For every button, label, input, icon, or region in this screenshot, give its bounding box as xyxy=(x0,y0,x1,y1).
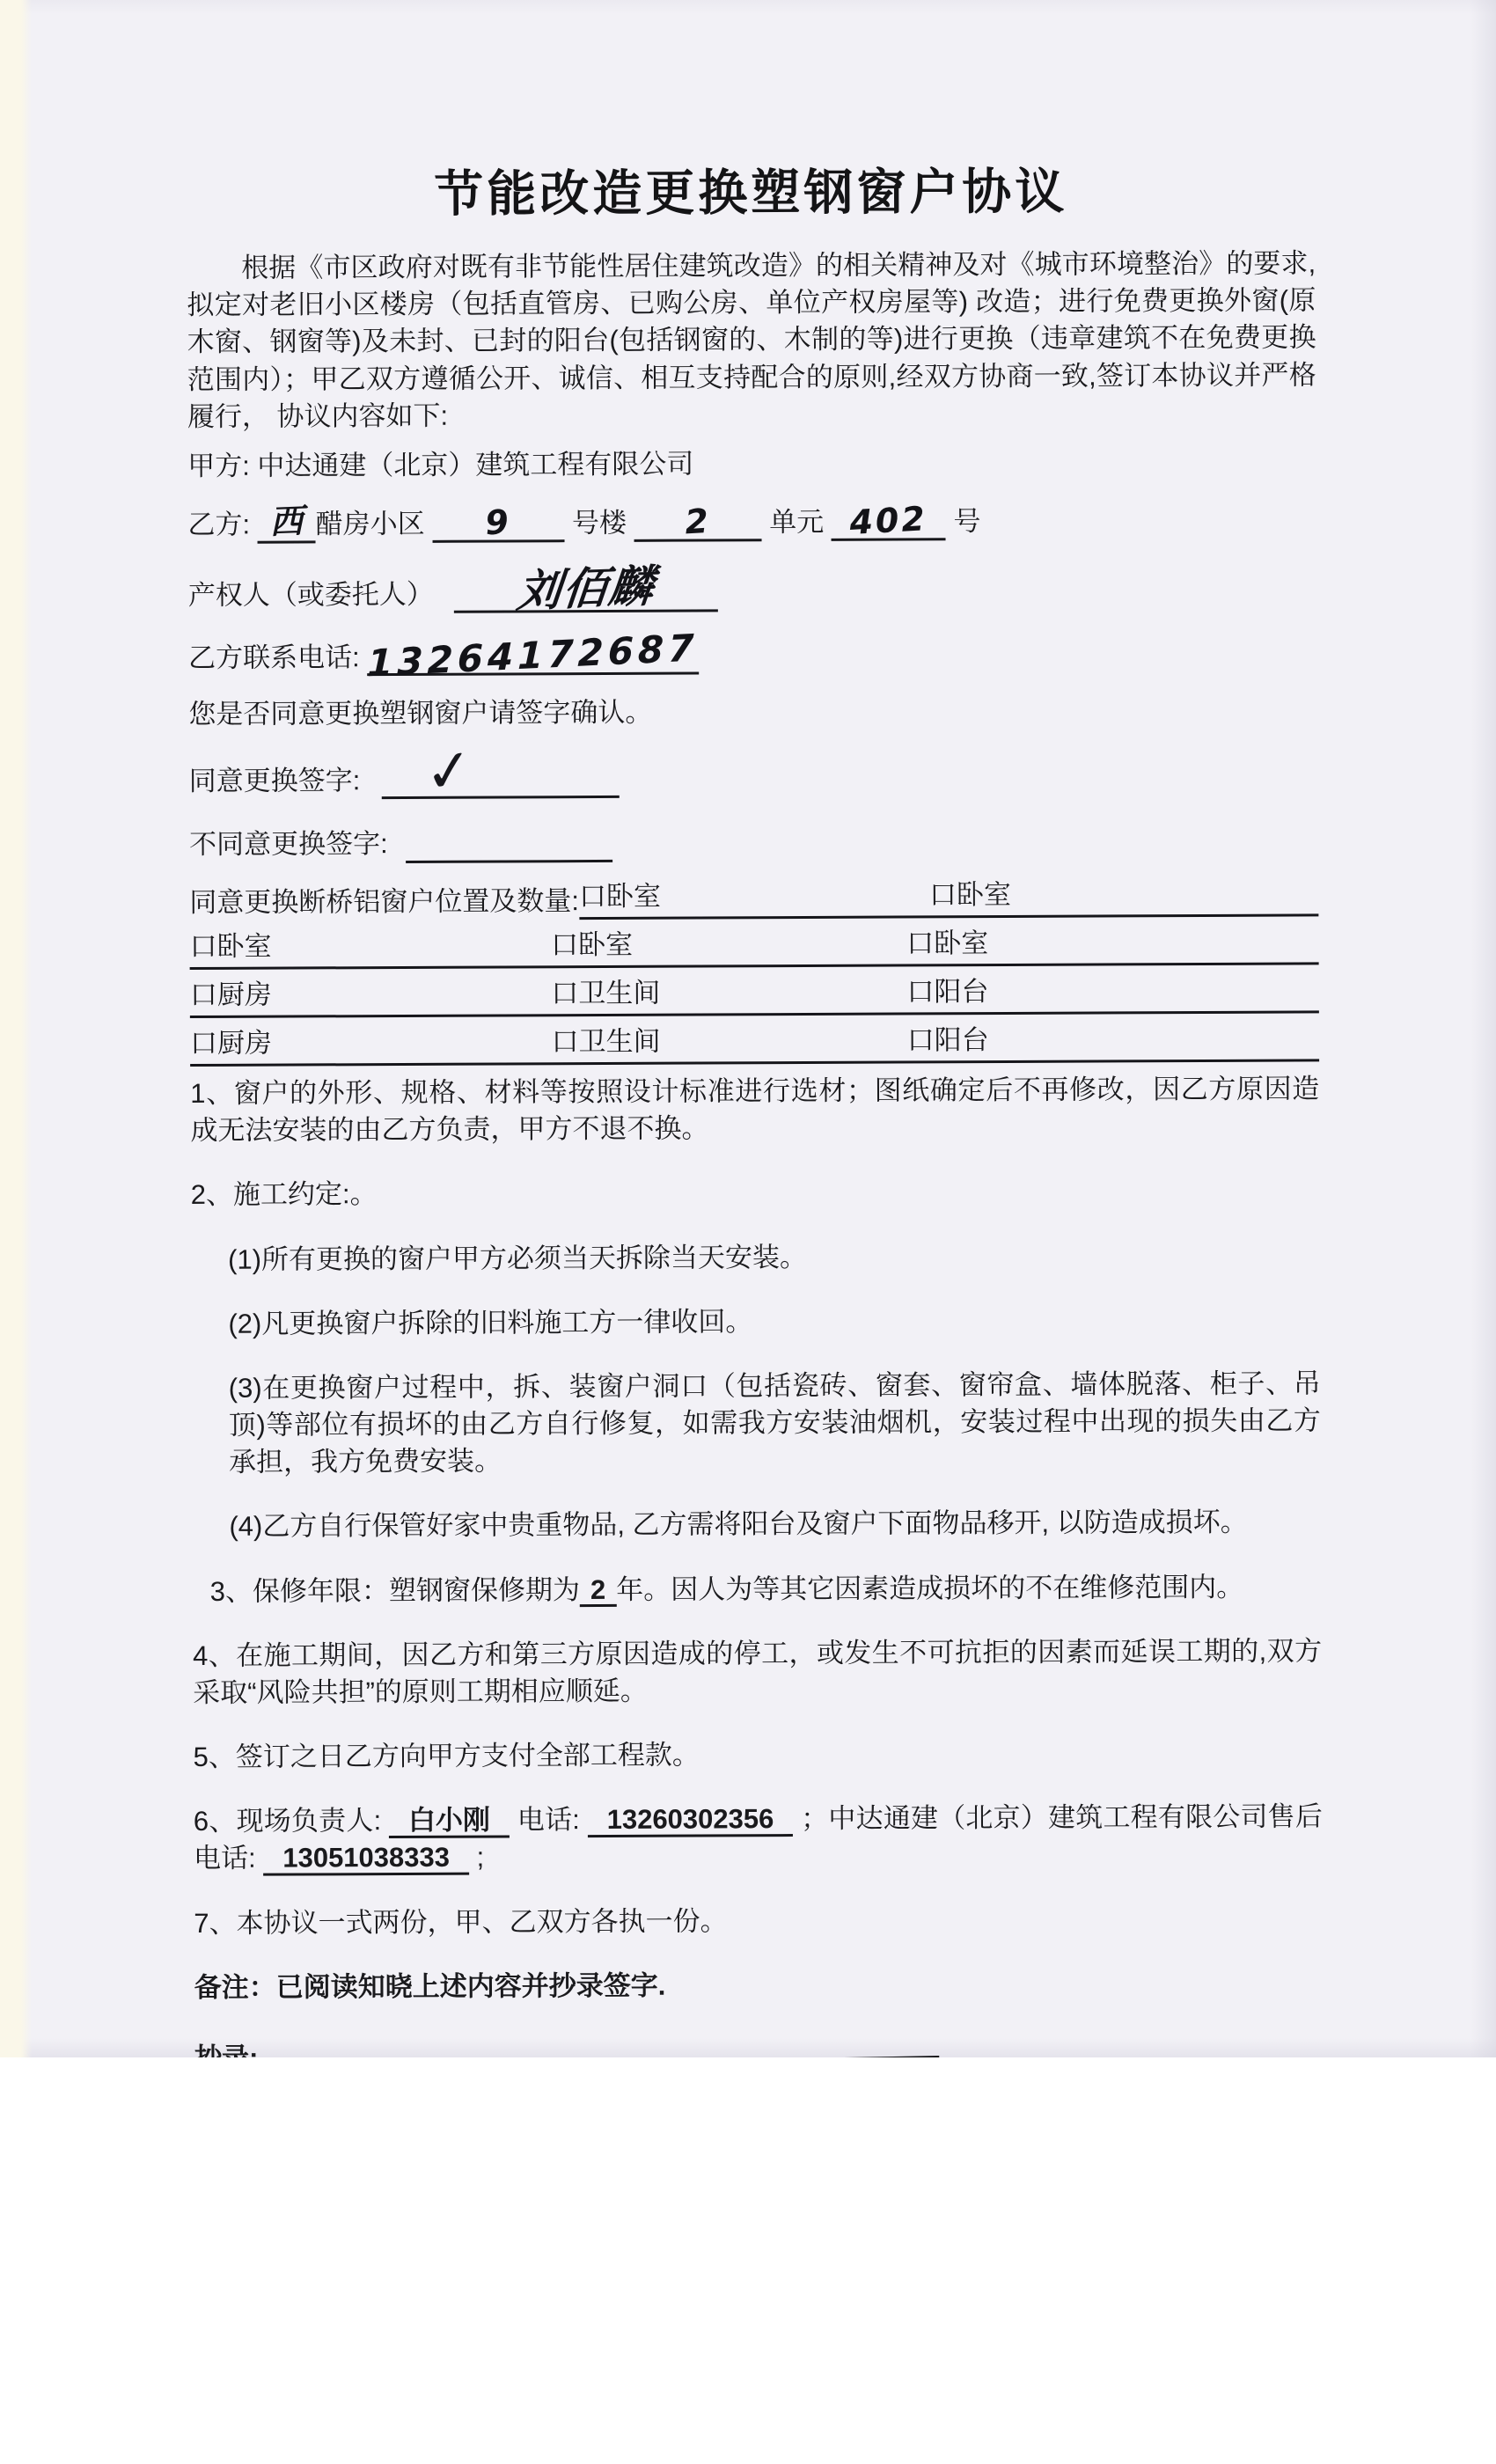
clause-2-item-4: (4)乙方自行保管好家中贵重物品, 乙方需将阳台及窗户下面物品移开, 以防造成损… xyxy=(192,1504,1321,1546)
community-name: 醋房小区 xyxy=(316,509,425,540)
transcribe-line: 抄录: xyxy=(194,2028,1324,2057)
agree-label: 同意更换签字: xyxy=(189,765,361,796)
clause-6: 6、现场负责人: 白小刚 电话: 13260302356 ；中达通建（北京）建筑… xyxy=(194,1799,1323,1878)
clause-6-prefix: 6、现场负责人: xyxy=(194,1805,381,1837)
locations-label: 同意更换断桥铝窗户位置及数量: xyxy=(189,883,579,921)
phone-line: 乙方联系电话: 13264172687 xyxy=(188,628,1317,677)
clause-6-tel-label: 电话: xyxy=(517,1804,580,1835)
clause-6-suffix: ; xyxy=(477,1842,485,1873)
clause-2-head: 2、施工约定:。 xyxy=(191,1172,1320,1214)
disagree-label: 不同意更换签字: xyxy=(189,828,388,860)
scanned-page: 节能改造更换塑钢窗户协议 根据《市区政府对既有非节能性居住建筑改造》的相关精神及… xyxy=(0,0,1496,2057)
location-cell: 口卧室 xyxy=(906,923,1318,962)
clause-3: 3、保修年限：塑钢窗保修期为2年。因人为等其它因素造成损坏的不在维修范围内。 xyxy=(193,1568,1322,1610)
room-suffix: 号 xyxy=(953,506,980,537)
party-b-label: 乙方: xyxy=(187,509,250,539)
transcribe-rule xyxy=(270,2026,940,2057)
clauses-section: 1、窗户的外形、规格、材料等按照设计标准进行选材；图纸确定后不再修改，因乙方原因… xyxy=(190,1071,1324,2057)
clause-1: 1、窗户的外形、规格、材料等按照设计标准进行选材；图纸确定后不再修改，因乙方原因… xyxy=(190,1071,1319,1150)
handwritten-checkmark: ✓ xyxy=(421,730,478,813)
location-cell: 口卫生间 xyxy=(551,1022,906,1060)
unit-suffix: 单元 xyxy=(769,507,824,538)
party-a-label: 甲方: 中达通建（北京）建筑工程有限公司 xyxy=(187,448,693,481)
transcribe-label: 抄录: xyxy=(194,2042,258,2057)
locations-row-1: 口卧室 口卧室 口卧室 xyxy=(189,916,1318,970)
aftersales-phone: 13051038333 xyxy=(263,1844,469,1876)
handwritten-building-no: 9 xyxy=(484,504,512,542)
party-b-line: 乙方: 西醋房小区 9 号楼 2 单元 402 号 xyxy=(187,500,1316,544)
intro-paragraph: 根据《市区政府对既有非节能性居住建筑改造》的相关精神及对《城市环境整治》的要求,… xyxy=(187,246,1316,436)
clause-3-prefix: 3、保修年限：塑钢窗保修期为 xyxy=(210,1574,580,1607)
site-manager-phone: 13260302356 xyxy=(588,1805,794,1837)
handwritten-unit-no: 2 xyxy=(684,503,712,541)
owner-label: 产权人（或委托人） xyxy=(188,579,434,611)
location-cell: 口卧室 xyxy=(551,925,906,964)
locations-row-2: 口厨房 口卫生间 口阳台 xyxy=(190,964,1319,1018)
locations-header: 同意更换断桥铝窗户位置及数量: 口卧室 口卧室 xyxy=(189,875,1318,921)
clause-2-item-2: (2)凡更换窗户拆除的旧料施工方一律收回。 xyxy=(191,1301,1320,1343)
location-cell: 口卧室 xyxy=(189,927,551,965)
handwritten-owner-signature: 刘佰麟 xyxy=(515,562,656,616)
agree-line: 同意更换签字: ✓ xyxy=(189,759,1318,801)
confirm-note-line: 您是否同意更换塑钢窗户请签字确认。 xyxy=(188,692,1317,734)
disagree-line: 不同意更换签字: xyxy=(189,822,1318,864)
location-cell: 口卫生间 xyxy=(551,973,906,1012)
location-cell: 口厨房 xyxy=(190,1023,552,1062)
location-cell: 口阳台 xyxy=(907,1020,1319,1059)
location-cell: 口卧室 xyxy=(929,876,1011,914)
clause-2-item-1: (1)所有更换的窗户甲方必须当天拆除当天安装。 xyxy=(191,1236,1320,1279)
clause-7: 7、本协议一式两份，甲、乙双方各执一份。 xyxy=(194,1900,1323,1942)
page-title: 节能改造更换塑钢窗户协议 xyxy=(187,157,1316,229)
location-cell: 口卧室 xyxy=(579,877,661,915)
site-manager-name: 白小刚 xyxy=(389,1807,510,1838)
contract-content: 节能改造更换塑钢窗户协议 根据《市区政府对既有非节能性居住建筑改造》的相关精神及… xyxy=(0,0,1496,2057)
remark-line: 备注：已阅读知晓上述内容并抄录签字. xyxy=(194,1964,1324,2006)
building-suffix: 号楼 xyxy=(572,508,627,539)
location-cell: 口厨房 xyxy=(190,975,552,1014)
confirm-note: 您是否同意更换塑钢窗户请签字确认。 xyxy=(188,697,652,730)
locations-header-cells: 口卧室 口卧室 xyxy=(579,875,1319,920)
clause-4: 4、在施工期间，因乙方和第三方原因造成的停工，或发生不可抗拒的因素而延误工期的,… xyxy=(193,1632,1322,1712)
locations-row-3: 口厨房 口卫生间 口阳台 xyxy=(190,1013,1319,1067)
party-a-line: 甲方: 中达通建（北京）建筑工程有限公司 xyxy=(187,443,1316,485)
clause-2-item-3: (3)在更换窗户过程中，拆、装窗户洞口（包括瓷砖、窗套、窗帘盒、墙体脱落、柜子、… xyxy=(192,1365,1322,1481)
handwritten-room-no: 402 xyxy=(849,501,929,542)
handwritten-community-prefix: 西 xyxy=(269,503,304,541)
warranty-years: 2 xyxy=(580,1576,616,1608)
handwritten-phone: 13264172687 xyxy=(367,627,699,684)
clause-3-suffix: 年。因人为等其它因素造成损坏的不在维修范围内。 xyxy=(616,1571,1243,1604)
phone-label: 乙方联系电话: xyxy=(188,642,360,673)
owner-line: 产权人（或委托人） 刘佰麟 xyxy=(188,558,1317,614)
clause-5: 5、签订之日乙方向甲方支付全部工程款。 xyxy=(193,1734,1322,1776)
location-cell: 口阳台 xyxy=(906,972,1318,1010)
